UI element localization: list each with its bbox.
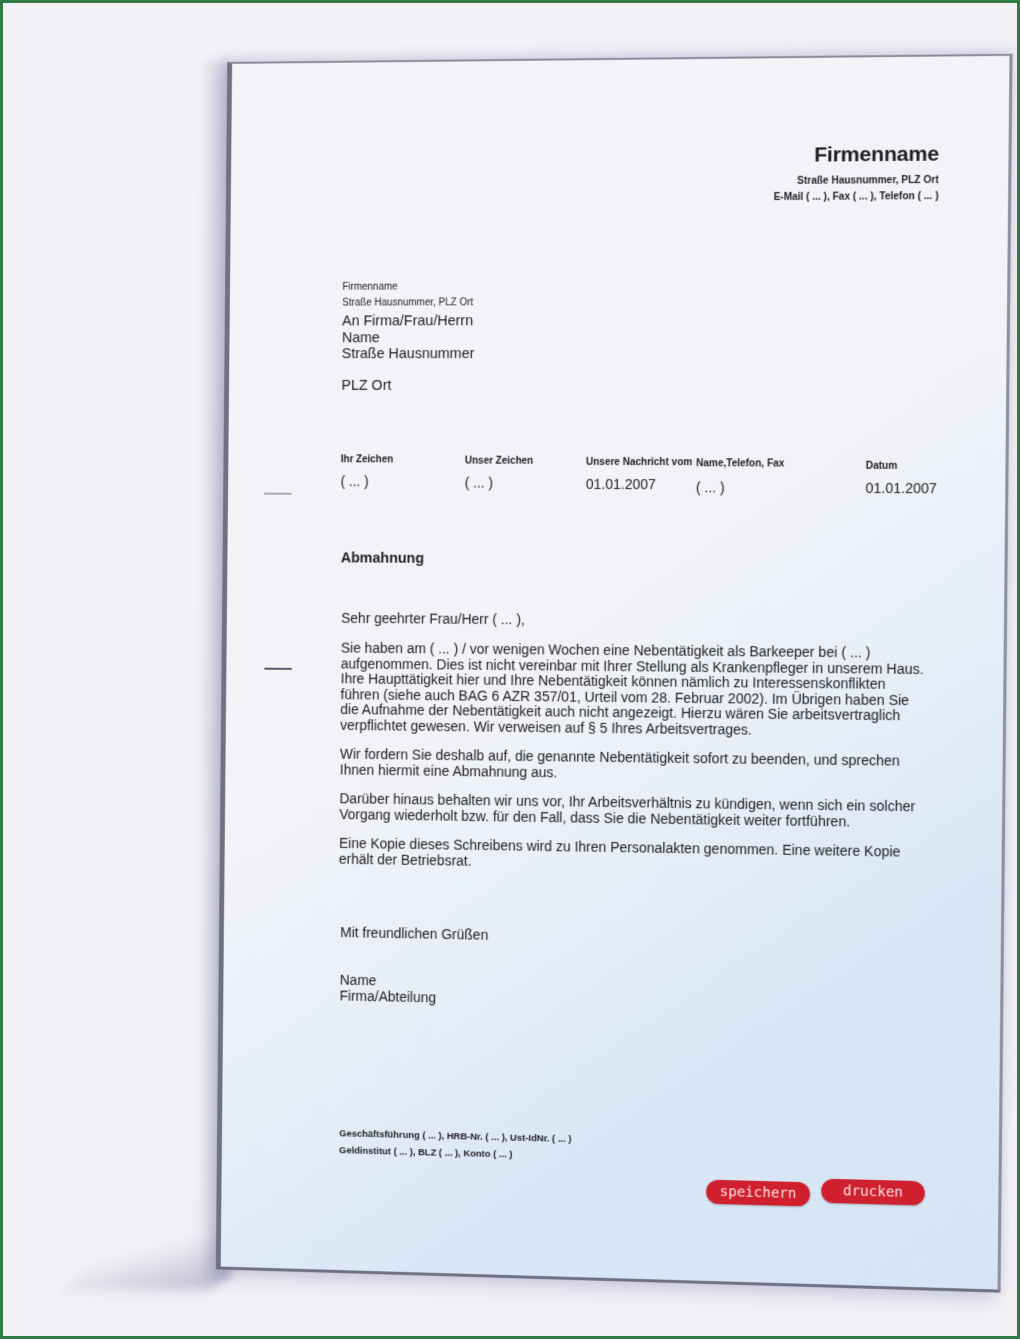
- fold-mark: [264, 493, 291, 495]
- ref-label: Unser Zeichen: [465, 456, 533, 467]
- recipient-line-4: PLZ Ort: [341, 377, 474, 393]
- letterhead-contact: E-Mail ( ... ), Fax ( ... ), Telefon ( .…: [774, 191, 939, 203]
- ref-value: ( ... ): [465, 475, 533, 491]
- save-button[interactable]: speichern: [706, 1180, 810, 1207]
- ref-label: Name,Telefon, Fax: [696, 458, 784, 469]
- ref-field-name-telefon-fax: Name,Telefon, Fax ( ... ): [696, 458, 785, 495]
- letterhead-address: Straße Hausnummer, PLZ Ort: [797, 175, 939, 187]
- body-paragraph-2: Wir fordern Sie deshalb auf, die genannt…: [340, 747, 925, 785]
- recipient-address: An Firma/Frau/Herrn Name Straße Hausnumm…: [341, 313, 474, 394]
- ref-value: ( ... ): [340, 473, 393, 489]
- ref-value: 01.01.2007: [865, 480, 936, 496]
- recipient-line-2: Name: [342, 330, 475, 347]
- letter-footer: Geschäftsführung ( ... ), HRB-Nr. ( ... …: [339, 1125, 572, 1165]
- signature-department: Firma/Abteilung: [340, 988, 437, 1005]
- recipient-line-3: Straße Hausnummer: [342, 346, 475, 362]
- ref-value: 01.01.2007: [586, 476, 692, 492]
- signature-block: Name Firma/Abteilung: [340, 973, 437, 1006]
- punch-mark: [264, 668, 291, 670]
- ref-label: Datum: [866, 461, 937, 472]
- ref-field-unsere-nachricht: Unsere Nachricht vom 01.01.2007: [586, 457, 693, 492]
- ref-field-unser-zeichen: Unser Zeichen ( ... ): [465, 456, 534, 491]
- recipient-line-1: An Firma/Frau/Herrn: [342, 313, 475, 330]
- letterhead-company-name: Firmenname: [814, 142, 939, 167]
- body-paragraph-4: Eine Kopie dieses Schreibens wird zu Ihr…: [339, 836, 924, 876]
- print-button[interactable]: drucken: [821, 1179, 925, 1206]
- letter-subject: Abmahnung: [341, 550, 424, 566]
- letter-document: Firmenname Straße Hausnummer, PLZ Ort E-…: [216, 54, 1013, 1293]
- body-paragraph-3: Darüber hinaus behalten wir uns vor, Ihr…: [339, 791, 924, 830]
- letter-salutation: Sehr geehrter Frau/Herr ( ... ),: [341, 610, 525, 627]
- body-paragraph-1: Sie haben am ( ... ) / vor wenigen Woche…: [340, 641, 926, 740]
- ref-field-datum: Datum 01.01.2007: [865, 461, 937, 497]
- letter-closing: Mit freundlichen Grüßen: [340, 924, 488, 943]
- sender-address: Straße Hausnummer, PLZ Ort: [342, 295, 473, 311]
- ref-field-ihr-zeichen: Ihr Zeichen ( ... ): [340, 454, 393, 489]
- ref-value: ( ... ): [696, 479, 784, 495]
- sender-name: Firmenname: [342, 279, 473, 295]
- ref-label: Unsere Nachricht vom: [586, 457, 692, 468]
- sender-line: Firmenname Straße Hausnummer, PLZ Ort: [342, 279, 473, 311]
- ref-label: Ihr Zeichen: [341, 454, 394, 465]
